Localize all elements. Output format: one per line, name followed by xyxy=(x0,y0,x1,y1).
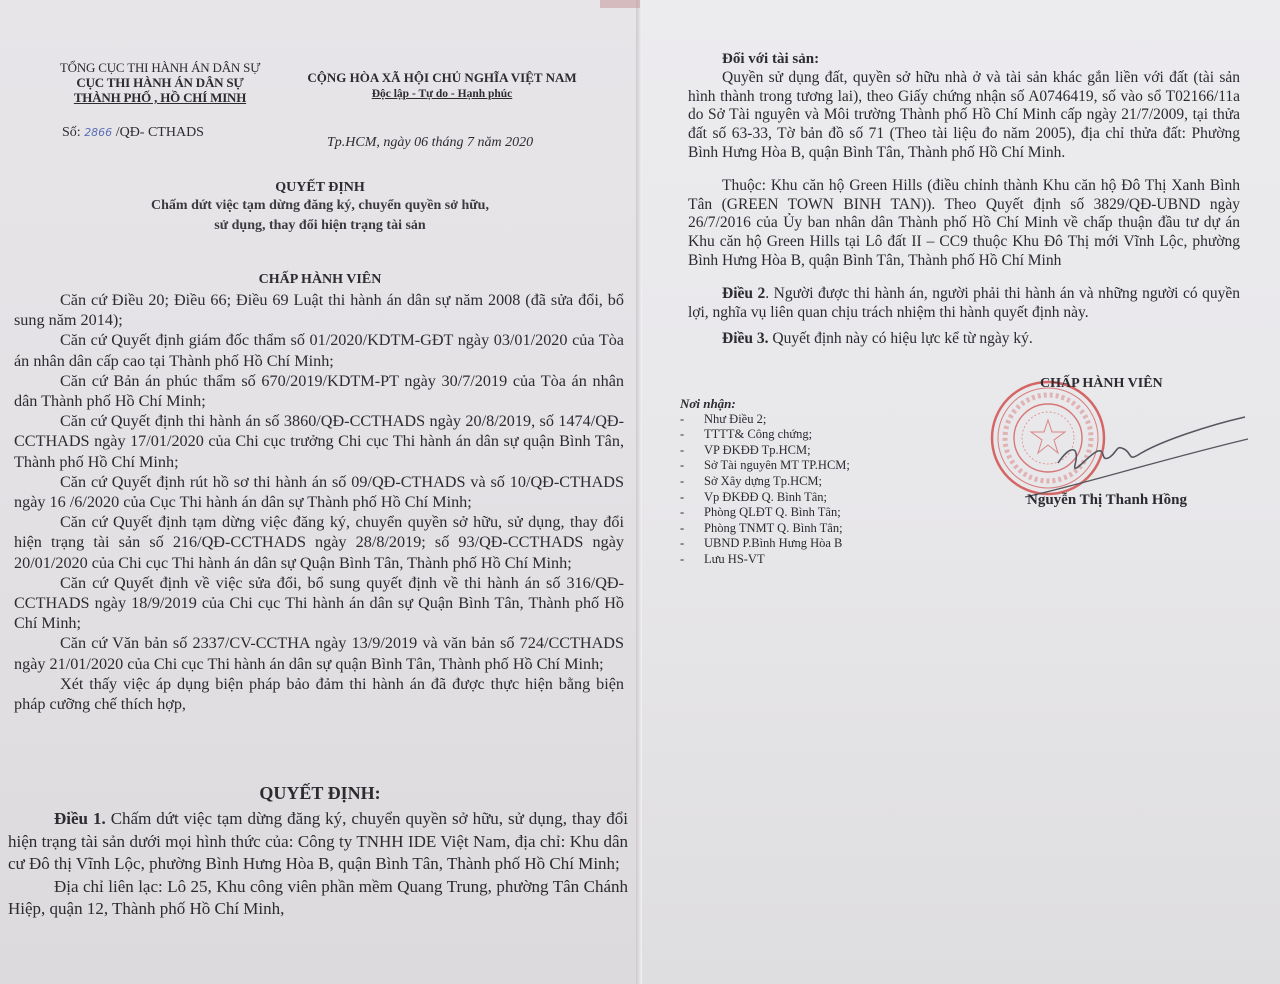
article-2-body: . Người được thi hành án, người phải thi… xyxy=(688,285,1240,321)
article-2: Điều 2. Người được thi hành án, người ph… xyxy=(688,285,1240,323)
legal-grounds: Căn cứ Điều 20; Điều 66; Điều 69 Luật th… xyxy=(14,290,624,714)
document-number: Số: 2866 /QĐ- CTHADS xyxy=(62,125,204,141)
org-line-2: CỤC THI HÀNH ÁN DÂN SỰ xyxy=(40,75,280,90)
recipients-heading: Nơi nhận: xyxy=(680,396,920,412)
recipient-item: UBND P.Bình Hưng Hòa B xyxy=(680,536,920,552)
doc-number-suffix: /QĐ- CTHADS xyxy=(116,125,204,140)
recipient-item: Phòng TNMT Q. Bình Tân; xyxy=(680,521,920,537)
national-motto: Độc lập - Tự do - Hạnh phúc xyxy=(292,86,592,103)
ground-paragraph: Căn cứ Quyết định thi hành án số 3860/QĐ… xyxy=(14,411,624,472)
doc-number-handwritten: 2866 xyxy=(84,126,112,139)
recipient-item: Vp ĐKĐĐ Q. Bình Tân; xyxy=(680,490,920,506)
article-3-label: Điều 3. xyxy=(722,330,769,347)
article-3: Điều 3. Quyết định này có hiệu lực kể từ… xyxy=(688,330,1240,349)
recipient-item: VP ĐKĐĐ Tp.HCM; xyxy=(680,443,920,459)
issuing-organization: TỔNG CỤC THI HÀNH ÁN DÂN SỰ CỤC THI HÀNH… xyxy=(40,60,280,105)
article-3-body: Quyết định này có hiệu lực kể từ ngày ký… xyxy=(769,330,1033,347)
ground-paragraph: Căn cứ Quyết định rút hồ sơ thi hành án … xyxy=(14,472,624,512)
asset-belongs-to: Thuộc: Khu căn hộ Green Hills (điều chỉn… xyxy=(688,177,1240,271)
title-subtitle-2: sử dụng, thay đổi hiện trạng tài sản xyxy=(0,216,640,236)
asset-description: Quyền sử dụng đất, quyền sở hữu nhà ở và… xyxy=(688,69,1240,163)
binding-edge xyxy=(600,0,640,8)
title-subtitle-1: Chấm dứt việc tạm dừng đăng ký, chuyển q… xyxy=(0,196,640,216)
title-main: QUYẾT ĐỊNH xyxy=(0,180,640,196)
ground-paragraph: Căn cứ Văn bản số 2337/CV-CCTHA ngày 13/… xyxy=(14,633,624,673)
recipient-item: Sở Xây dựng Tp.HCM; xyxy=(680,474,920,490)
recipient-item: Lưu HS-VT xyxy=(680,552,920,568)
article-2-label: Điều 2 xyxy=(722,285,765,302)
handwritten-signature-icon xyxy=(1020,405,1250,505)
recipient-item: Như Điều 2; xyxy=(680,412,920,428)
page-seam xyxy=(636,0,642,984)
right-page-body: Đối với tài sản: Quyền sử dụng đất, quyề… xyxy=(688,50,1240,349)
national-header: CỘNG HÒA XÃ HỘI CHỦ NGHĨA VIỆT NAM Độc l… xyxy=(292,69,592,103)
ground-paragraph: Căn cứ Điều 20; Điều 66; Điều 69 Luật th… xyxy=(14,290,624,330)
article-1: Điều 1. Chấm dứt việc tạm dừng đăng ký, … xyxy=(8,808,628,921)
signer-role: CHẤP HÀNH VIÊN xyxy=(1040,376,1163,392)
issuer-role: CHẤP HÀNH VIÊN xyxy=(0,272,640,288)
ground-paragraph: Căn cứ Quyết định giám đốc thẩm số 01/20… xyxy=(14,330,624,370)
nation-name: CỘNG HÒA XÃ HỘI CHỦ NGHĨA VIỆT NAM xyxy=(292,69,592,86)
document-title: QUYẾT ĐỊNH Chấm dứt việc tạm dừng đăng k… xyxy=(0,180,640,236)
asset-heading: Đối với tài sản: xyxy=(722,50,1240,69)
ground-paragraph: Căn cứ Quyết định tạm dừng việc đăng ký,… xyxy=(14,512,624,573)
ground-paragraph: Xét thấy việc áp dụng biện pháp bảo đảm … xyxy=(14,674,624,714)
decision-heading: QUYẾT ĐỊNH: xyxy=(0,783,640,804)
ground-paragraph: Căn cứ Bản án phúc thẩm số 670/2019/KDTM… xyxy=(14,371,624,411)
article-1-label: Điều 1. xyxy=(54,809,106,828)
recipient-item: TTTT& Công chứng; xyxy=(680,427,920,443)
article-1-text: Điều 1. Chấm dứt việc tạm dừng đăng ký, … xyxy=(8,808,628,876)
signer-name: Nguyễn Thị Thanh Hồng xyxy=(1027,492,1187,509)
doc-number-prefix: Số: xyxy=(62,125,81,140)
org-line-1: TỔNG CỤC THI HÀNH ÁN DÂN SỰ xyxy=(40,60,280,75)
recipient-item: Sở Tài nguyên MT TP.HCM; xyxy=(680,458,920,474)
recipients-list: Nơi nhận: Như Điều 2;TTTT& Công chứng;VP… xyxy=(680,396,920,568)
document-date: Tp.HCM, ngày 06 tháng 7 năm 2020 xyxy=(327,135,533,151)
left-page: TỔNG CỤC THI HÀNH ÁN DÂN SỰ CỤC THI HÀNH… xyxy=(0,0,640,984)
org-line-3: THÀNH PHỐ , HỒ CHÍ MINH xyxy=(40,90,280,105)
ground-paragraph: Căn cứ Quyết định về việc sửa đổi, bổ su… xyxy=(14,573,624,634)
recipient-item: Phòng QLĐT Q. Bình Tân; xyxy=(680,505,920,521)
article-1-contact: Địa chỉ liên lạc: Lô 25, Khu công viên p… xyxy=(8,876,628,921)
recipients-items: Như Điều 2;TTTT& Công chứng;VP ĐKĐĐ Tp.H… xyxy=(680,412,920,568)
